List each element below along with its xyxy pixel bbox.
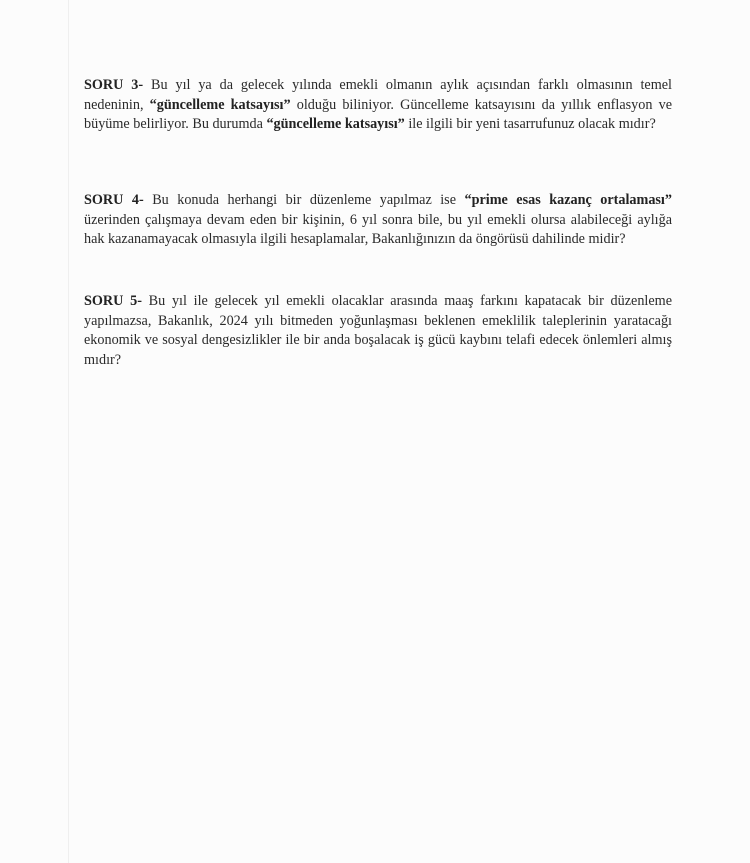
question-5-text: Bu yıl ile gelecek yıl emekli olacaklar … <box>84 293 672 368</box>
question-4-label: SORU 4- <box>84 192 144 208</box>
question-5-label: SORU 5- <box>84 293 142 309</box>
question-4-text: Bu konuda herhangi bir düzenleme yapılma… <box>144 192 465 208</box>
question-3-text: ile ilgili bir yeni tasarrufunuz olacak … <box>405 116 656 132</box>
question-4-text: üzerinden çalışmaya devam eden bir kişin… <box>84 212 672 248</box>
question-4-emphasis: “prime esas kazanç ortalaması” <box>464 192 672 208</box>
question-4: SORU 4- Bu konuda herhangi bir düzenleme… <box>84 191 672 250</box>
question-3-emphasis: “güncelleme katsayısı” <box>150 97 291 113</box>
question-5: SORU 5- Bu yıl ile gelecek yıl emekli ol… <box>84 292 672 370</box>
question-3-emphasis: “güncelleme katsayısı” <box>266 116 404 132</box>
question-3: SORU 3- Bu yıl ya da gelecek yılında eme… <box>84 76 672 135</box>
question-3-label: SORU 3- <box>84 77 143 93</box>
scan-page-edge <box>68 0 69 863</box>
